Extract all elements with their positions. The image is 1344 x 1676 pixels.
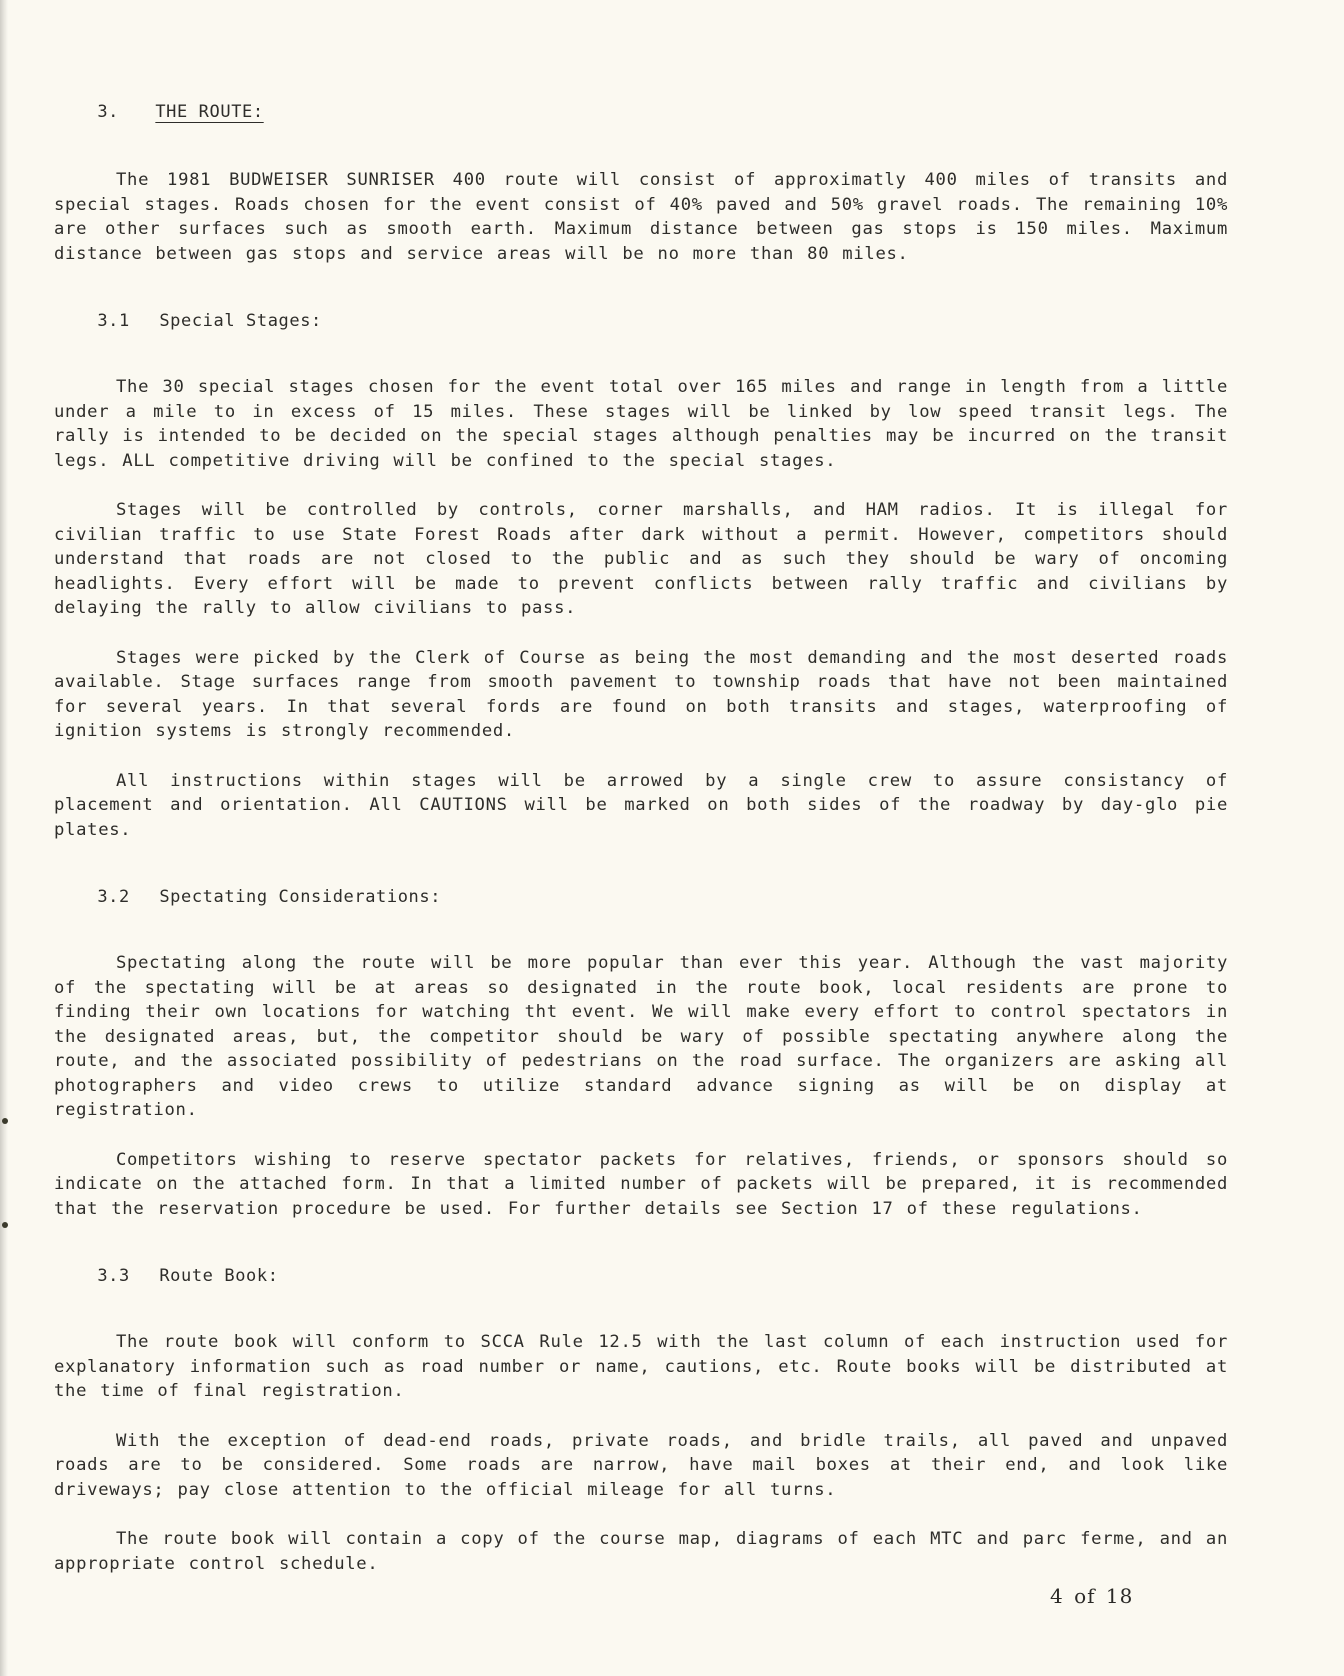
section-title: THE ROUTE:	[155, 102, 263, 122]
section-number: 3.	[97, 102, 155, 122]
section-heading: 3.THE ROUTE:	[54, 82, 1228, 142]
subsection-heading-route-book: 3.3Route Book:	[54, 1246, 1228, 1306]
paragraph: The route book will contain a copy of th…	[54, 1527, 1228, 1576]
binder-hole	[2, 1118, 8, 1124]
paragraph: All instructions within stages will be a…	[54, 769, 1228, 843]
subsection-title: Spectating Considerations:	[159, 887, 441, 907]
paragraph: Stages will be controlled by controls, c…	[54, 498, 1228, 621]
paragraph: The 30 special stages chosen for the eve…	[54, 375, 1228, 473]
paragraph: With the exception of dead-end roads, pr…	[54, 1429, 1228, 1503]
paragraph: Stages were picked by the Clerk of Cours…	[54, 646, 1228, 744]
subsection-title: Special Stages:	[159, 311, 322, 331]
paragraph: Competitors wishing to reserve spectator…	[54, 1148, 1228, 1222]
section-intro-paragraph: The 1981 BUDWEISER SUNRISER 400 route wi…	[54, 168, 1228, 266]
document-body: 3.THE ROUTE: The 1981 BUDWEISER SUNRISER…	[54, 82, 1228, 1601]
subsection-title: Route Book:	[159, 1266, 278, 1286]
paragraph: Spectating along the route will be more …	[54, 951, 1228, 1123]
subsection-number: 3.2	[97, 887, 159, 907]
subsection-heading-spectating: 3.2Spectating Considerations:	[54, 867, 1228, 927]
binder-hole	[2, 1222, 8, 1228]
paragraph: The route book will conform to SCCA Rule…	[54, 1330, 1228, 1404]
subsection-heading-special-stages: 3.1Special Stages:	[54, 291, 1228, 351]
subsection-number: 3.1	[97, 311, 159, 331]
page-number: 4 of 18	[1050, 1584, 1133, 1608]
page-left-edge	[0, 0, 8, 1676]
subsection-number: 3.3	[97, 1266, 159, 1286]
